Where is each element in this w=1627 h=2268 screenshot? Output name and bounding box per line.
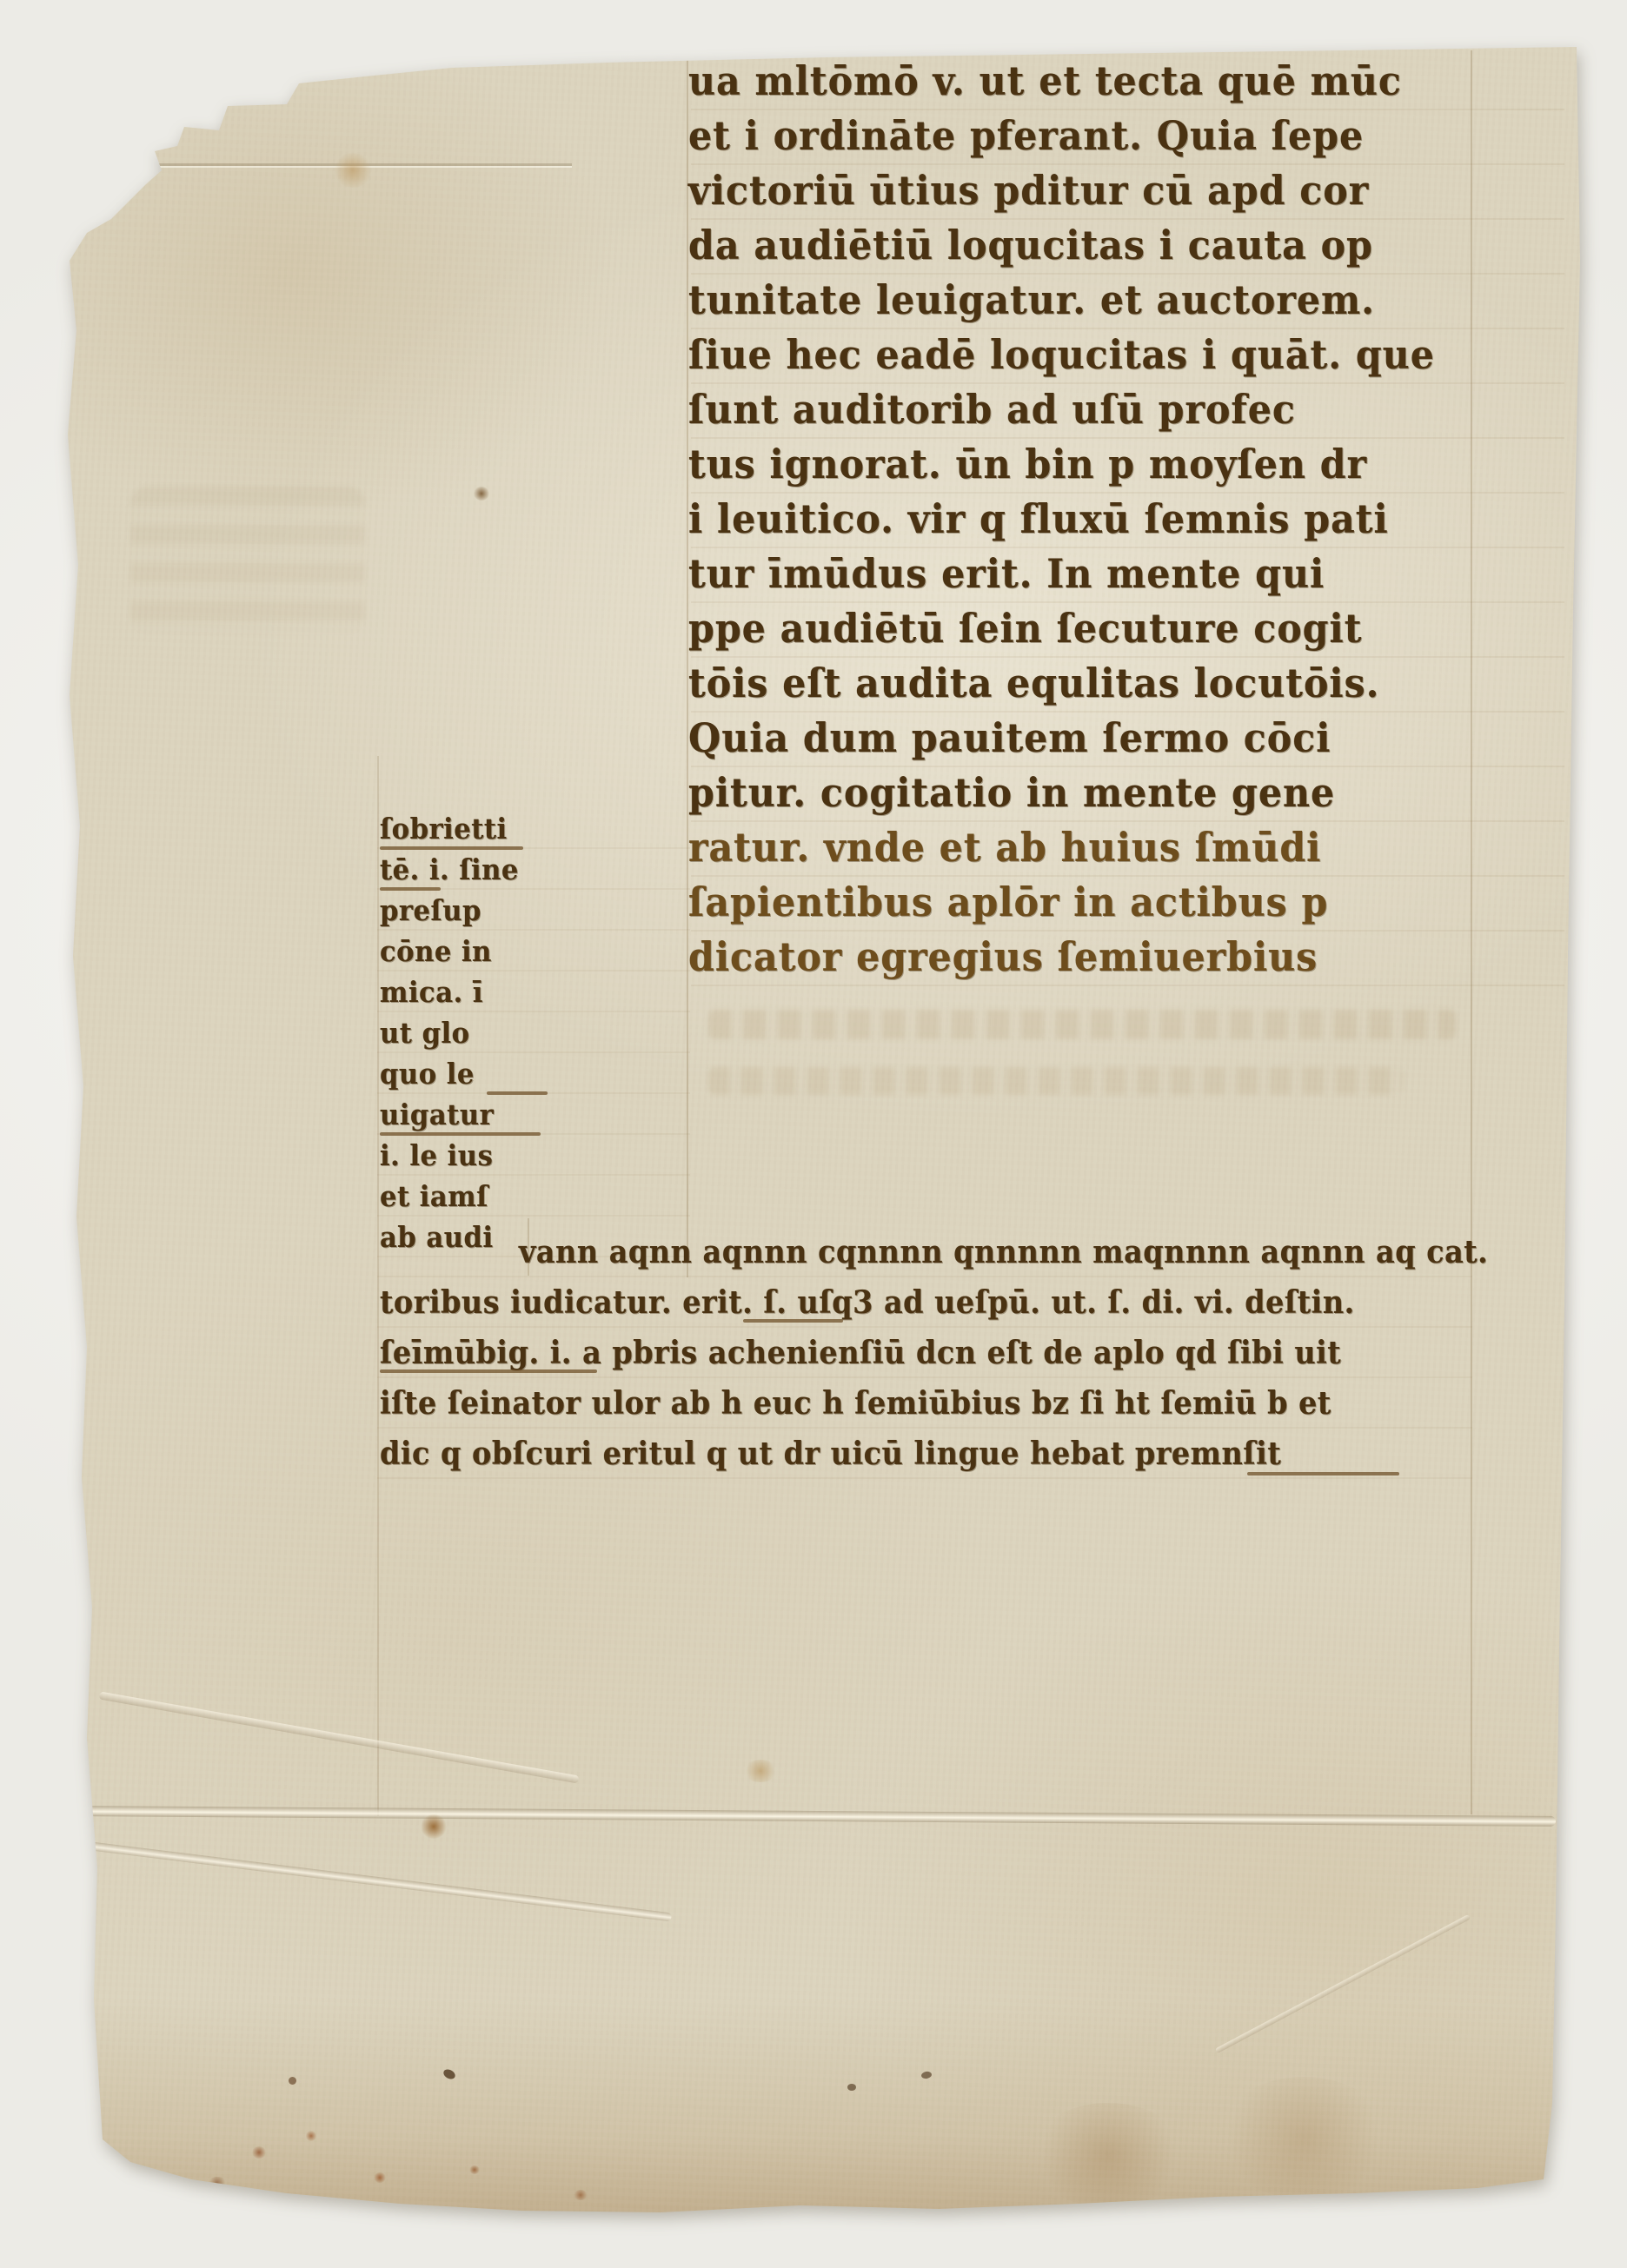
underline-mark: [743, 1319, 843, 1323]
gloss-line: i. le ius: [380, 1135, 554, 1176]
show-through-text: [708, 1067, 1404, 1095]
fleck: [574, 2190, 588, 2200]
gloss-line: ut glo: [380, 1012, 554, 1053]
stain: [1217, 2077, 1391, 2198]
gloss-line: quo le: [380, 1053, 554, 1094]
text-line: ſunt auditorib ad uſū profec: [688, 382, 1477, 437]
fleck: [847, 2084, 856, 2091]
text-line: ua mltōmō v. ut et tecta quē mūc: [688, 54, 1477, 109]
stain: [421, 1814, 447, 1839]
text-line: ſiue hec eadē loqucitas i quāt. que: [688, 328, 1477, 382]
text-line: iſte ſeinator ulor ab h euc h ſemiūbius …: [380, 1378, 1479, 1429]
text-line: victoriū ūtius pditur cū apd cor: [688, 163, 1477, 218]
marginal-gloss-block: ſobrietti tē. i. ſine preſup cōne in mic…: [380, 808, 554, 1257]
underline-mark: [487, 1091, 548, 1095]
text-line: Quia dum pauitem ſermo cōci: [688, 711, 1477, 766]
gloss-line: preſup: [380, 890, 554, 931]
gloss-line: cōne in: [380, 931, 554, 972]
stain: [1030, 2103, 1186, 2207]
gloss-line: tē. i. ſine: [380, 849, 554, 890]
text-line: tus ignorat. ūn bin p moyſen dr: [688, 437, 1477, 492]
show-through-text: [708, 1010, 1456, 1039]
gloss-line: et iamſ: [380, 1176, 554, 1217]
text-line: i leuitico. vir q fluxū ſemnis pati: [688, 492, 1477, 547]
text-line: da audiētiū loqucitas i cauta op: [688, 218, 1477, 273]
fleck: [252, 2146, 266, 2159]
underline-mark: [380, 887, 441, 891]
text-line: pitur. cogitatio in mente gene: [688, 766, 1477, 820]
photo-backdrop: ſobrietti tē. i. ſine preſup cōne in mic…: [0, 0, 1627, 2268]
manuscript-leaf: ſobrietti tē. i. ſine preſup cōne in mic…: [0, 0, 1627, 2268]
text-line: tur īmūdus erit. In mente qui: [688, 547, 1477, 601]
text-line: tōis eſt audita equlitas locutōis.: [688, 656, 1477, 711]
text-line: ſapientibus aplōr in actibus p: [688, 875, 1477, 930]
bottom-commentary-block: vann aqnn aqnnn cqnnnn qnnnnn maqnnnn aq…: [380, 1227, 1479, 1479]
text-line: tunitate leuigatur. et auctorem.: [688, 273, 1477, 328]
gloss-line: ſobrietti: [380, 808, 554, 849]
text-line: vann aqnn aqnnn cqnnnn qnnnnn maqnnnn aq…: [380, 1227, 1479, 1277]
text-line: ppe audiētū ſein ſecuture cogit: [688, 601, 1477, 656]
underline-mark: [380, 1132, 541, 1136]
stain: [474, 487, 489, 501]
underline-mark: [380, 1369, 597, 1373]
gloss-line: uigatur: [380, 1094, 554, 1135]
text-line: dicator egregius ſemiuerbius: [688, 930, 1477, 985]
fleck: [289, 2077, 296, 2085]
fleck: [209, 2177, 226, 2189]
gloss-line: mica. ī: [380, 972, 554, 1012]
text-line: et i ordināte pferant. Quia ſepe: [688, 109, 1477, 163]
fleck: [469, 2165, 480, 2174]
underline-mark: [380, 846, 523, 850]
stain: [743, 1760, 778, 1782]
underline-mark: [1247, 1472, 1399, 1476]
text-line: toribus iudicatur. erit. ſ. uſq3 ad ueſp…: [380, 1277, 1479, 1328]
main-text-block: ua mltōmō v. ut et tecta quē mūc et i or…: [688, 54, 1477, 985]
fleck: [306, 2131, 316, 2141]
fleck: [374, 2172, 386, 2183]
stain: [333, 153, 373, 188]
text-line: ratur. vnde et ab huius ſmūdi: [688, 820, 1477, 875]
show-through-smudge: [130, 487, 365, 634]
manuscript-leaf-wrap: ſobrietti tē. i. ſine preſup cōne in mic…: [0, 0, 1627, 2268]
crease-line: [68, 163, 572, 166]
